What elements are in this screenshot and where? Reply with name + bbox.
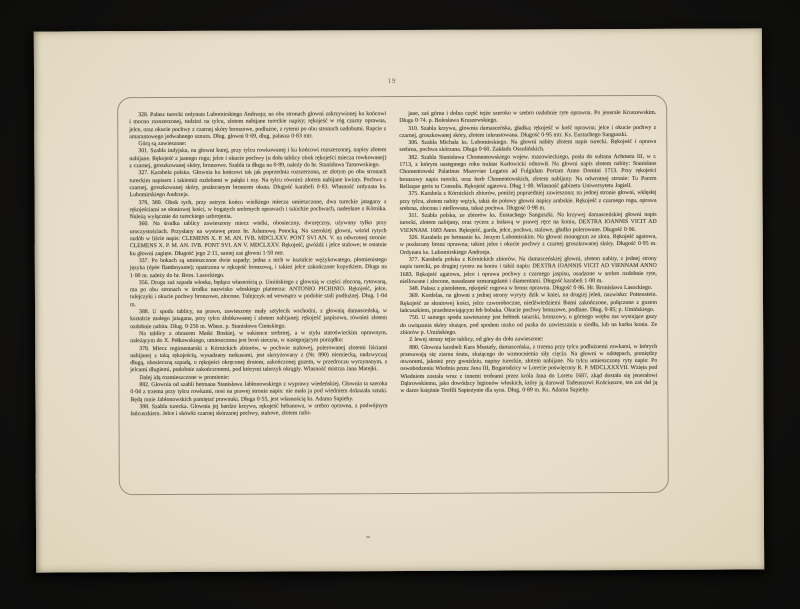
catalog-entry: 398. Szabla turecka. Głownia jej bardzo … (130, 403, 387, 419)
catalog-entry: 301. Szabla indyjska, na głowni kutej, p… (129, 148, 386, 171)
text-column-right: jane, zaś górna i dolna część tejże szer… (399, 110, 657, 418)
catalog-entry: 337. Po bokach są umieszczone dwie szpad… (130, 257, 387, 280)
catalog-entry: 378. Miecz regimentarski z Kórnickich zb… (130, 345, 387, 375)
catalog-entry: 310. Szabla krzywa, głownia damasceńska,… (399, 124, 656, 140)
ink-smudge (366, 536, 370, 539)
page-number: 19 (117, 76, 667, 86)
catalog-entry: 311. Szabla polska, ze zbiorów ks. Eusta… (400, 212, 657, 235)
text-column-left: 328. Pałasz turecki ordynata Lubomirskie… (129, 111, 387, 419)
catalog-entry: jane, zaś górna i dolna część tejże szer… (399, 110, 656, 126)
catalog-entry: 377. Karabela polska z Kórnickich zbioró… (400, 256, 657, 286)
catalog-entry: 356. Druga zaś szpada włoska, będąca wła… (130, 279, 387, 309)
paper-speck (613, 569, 615, 571)
catalog-entry: 369. Kordelas, na głowni z jednej strony… (400, 292, 657, 315)
catalog-entry: 360. Na środku tablicy zawieszony miecz … (130, 221, 387, 259)
catalog-entry: 306. Szabla Michała ks. Lubomirskiego. N… (399, 139, 656, 155)
catalog-entry: 326. Karabela po hetmanie ks. Jerzym Lub… (400, 234, 657, 257)
catalog-entry: 388. U spodu tablicy, na prawo, zawieszo… (130, 308, 387, 331)
catalog-entry: 379, 380. Obok tych, przy ostrym końcu w… (130, 199, 387, 222)
catalog-entry: 327. Karabela polska. Głownia ku końcowi… (129, 169, 386, 199)
scanned-page: 19 328. Pałasz turecki ordynata Lubomirs… (34, 28, 764, 572)
paper-speck (335, 292, 337, 293)
text-block: 328. Pałasz turecki ordynata Lubomirskie… (129, 110, 657, 419)
catalog-entry: 750. U samego spodu zawieszony jest hełm… (400, 314, 657, 337)
catalog-entry: Na tablicy z obrazem Matki Boskiej, w su… (130, 330, 387, 346)
catalog-entry: 382. Szabla Stanisława Chomentowskiego w… (399, 154, 656, 192)
catalog-entry: 882. Głownia od szabli hetmana Stanisław… (130, 381, 387, 404)
catalog-entry: 880. Głownia karabeli Kara Mustafy, dama… (400, 343, 657, 395)
catalog-entry: 375. Karabela z Kórnickich zbiorów, poni… (400, 190, 657, 213)
catalog-entry: 328. Pałasz turecki ordynata Lubomirskie… (129, 111, 386, 141)
